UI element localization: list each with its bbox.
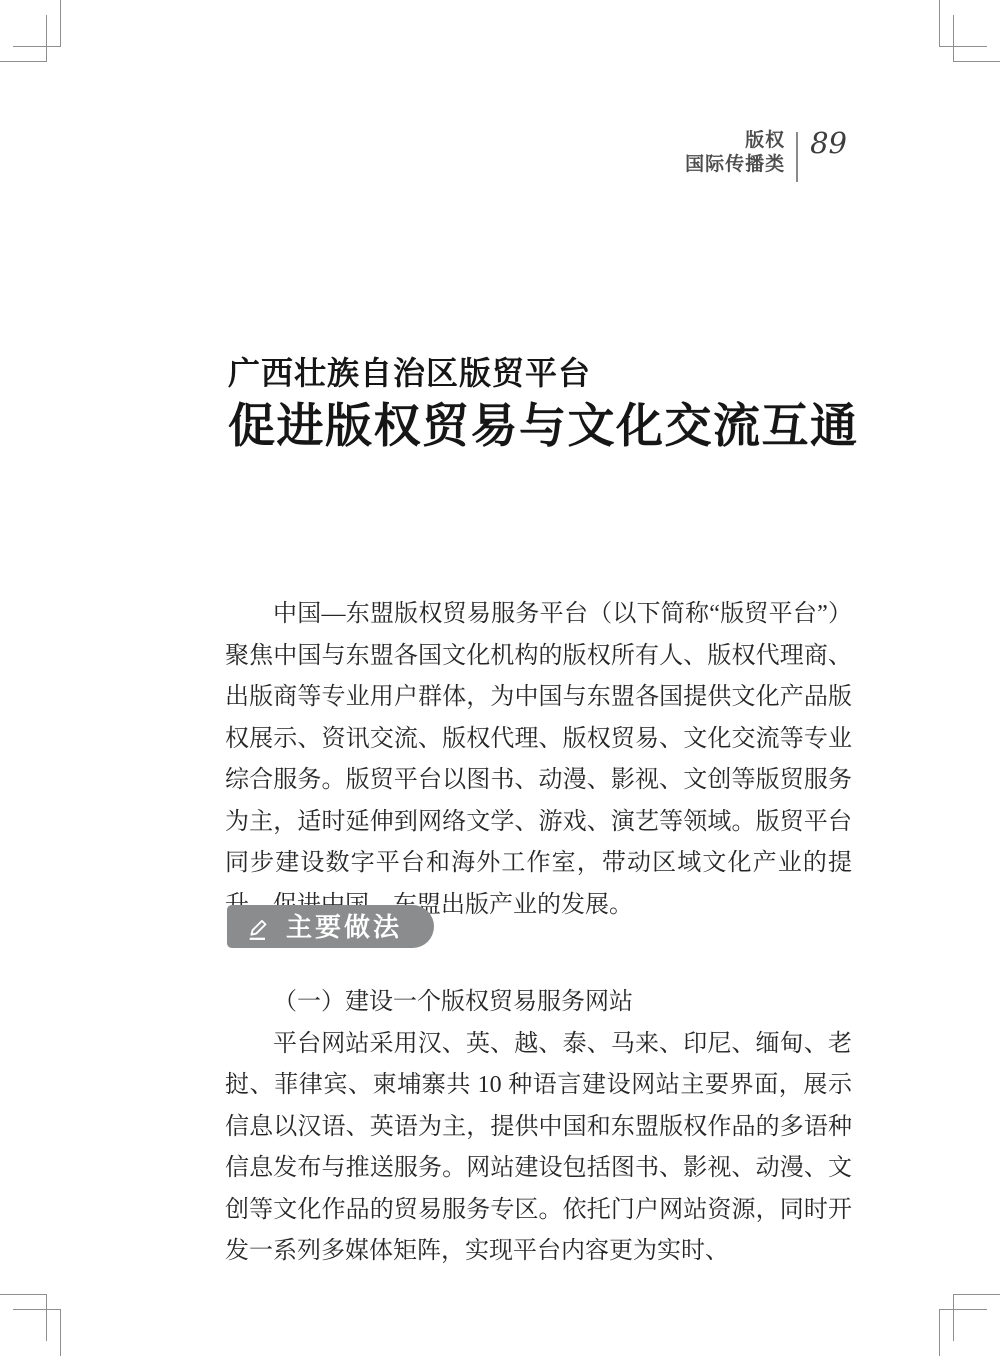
section-badge: 主要做法 (227, 905, 434, 948)
document-page: 版权 国际传播类 89 广西壮族自治区版贸平台 促进版权贸易与文化交流互通 中国… (0, 0, 1000, 1356)
running-head-subcategory: 国际传播类 (685, 153, 785, 177)
crop-mark-bottom-right-inner (953, 1294, 1000, 1341)
crop-mark-top-right-inner (953, 15, 1000, 62)
page-number: 89 (798, 129, 847, 158)
crop-mark-bottom-left-inner (0, 1294, 47, 1341)
pencil-icon (244, 913, 272, 941)
crop-mark-top-left-inner (0, 15, 47, 62)
subsection-block: （一）建设一个版权贸易服务网站 平台网站采用汉、英、越、泰、马来、印尼、缅甸、老… (225, 982, 852, 1273)
section-badge-label: 主要做法 (286, 913, 402, 941)
intro-paragraph: 中国—东盟版权贸易服务平台（以下简称“版贸平台”）聚焦中国与东盟各国文化机构的版… (225, 594, 852, 926)
running-head-category: 版权 (685, 129, 785, 153)
subsection-heading: （一）建设一个版权贸易服务网站 (225, 982, 852, 1024)
subsection-paragraph: 平台网站采用汉、英、越、泰、马来、印尼、缅甸、老挝、菲律宾、柬埔寨共 10 种语… (225, 1024, 852, 1273)
title-block: 广西壮族自治区版贸平台 促进版权贸易与文化交流互通 (228, 352, 859, 454)
running-head: 版权 国际传播类 89 (685, 129, 847, 182)
article-title: 促进版权贸易与文化交流互通 (228, 398, 859, 454)
running-head-labels: 版权 国际传播类 (685, 129, 796, 177)
article-subtitle: 广西壮族自治区版贸平台 (228, 352, 859, 394)
